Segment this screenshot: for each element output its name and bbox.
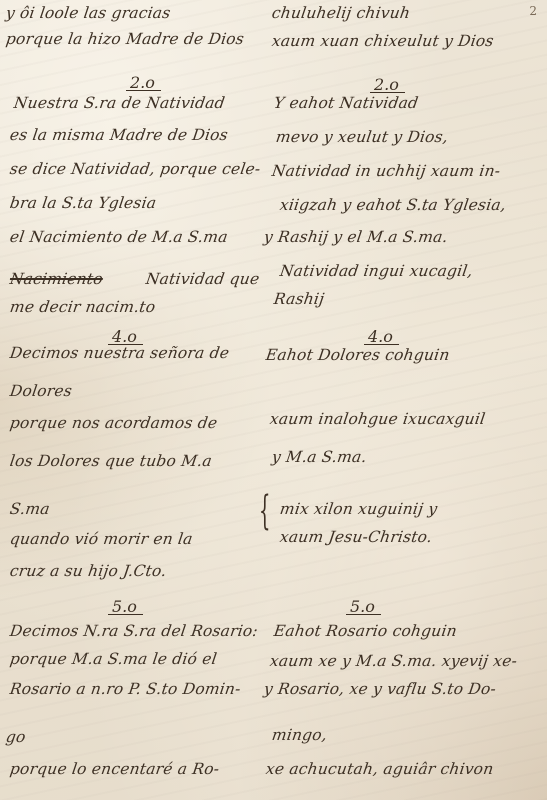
brace-mark: { [259, 488, 270, 534]
manuscript-line-indigenous: y M.a S.ma. [271, 448, 368, 466]
manuscript-line-spanish: porque la hizo Madre de Dios [5, 30, 246, 48]
manuscript-line-indigenous: Eahot Dolores cohguin [265, 346, 451, 364]
manuscript-line-spanish: bra la S.ta Yglesia [9, 194, 158, 212]
manuscript-line-spanish: el Nacimiento de M.a S.ma [9, 228, 229, 246]
manuscript-line-spanish: Dolores [9, 382, 74, 400]
section-number: 2.o [126, 76, 161, 91]
manuscript-line-indigenous: xaum inalohgue ixucaxguil [269, 410, 487, 428]
manuscript-line-indigenous: mevo y xeulut y Dios, [275, 128, 450, 146]
manuscript-line-indigenous: xe achucutah, aguiâr chivon [265, 760, 495, 778]
manuscript-line-indigenous: Natividad in uchhij xaum in- [271, 162, 502, 180]
manuscript-line-spanish: porque lo encentaré a Ro- [9, 760, 221, 778]
section-number: 5.o [108, 600, 143, 615]
manuscript-line-indigenous: Y eahot Natividad [273, 94, 420, 112]
manuscript-line-spanish: se dice Natividad, porque cele- [9, 160, 262, 178]
manuscript-line-spanish: y ôi loole las gracias [5, 4, 172, 22]
manuscript-line-indigenous: mix xilon xuguinij y [279, 500, 439, 518]
manuscript-line-spanish: Nuestra S.ra de Natividad [13, 94, 226, 112]
manuscript-line-indigenous: Rashij [273, 290, 326, 308]
manuscript-line-indigenous: xaum xe y M.a S.ma. xyevij xe- [269, 652, 519, 670]
manuscript-line-spanish: Natividad que [145, 270, 261, 288]
manuscript-line-indigenous: xaum Jesu-Christo. [279, 528, 434, 546]
manuscript-line-spanish: los Dolores que tubo M.a [9, 452, 213, 470]
manuscript-line-spanish: me decir nacim.to [9, 298, 157, 316]
section-number: 5.o [346, 600, 381, 615]
manuscript-line-spanish: porque nos acordamos de [9, 414, 219, 432]
manuscript-line-spanish: S.ma [9, 500, 51, 518]
section-number: 2.o [370, 78, 405, 93]
manuscript-line-spanish: porque M.a S.ma le dió el [9, 650, 218, 668]
manuscript-line-spanish: Decimos N.ra S.ra del Rosario: [9, 622, 259, 640]
manuscript-line-spanish: Nacimiento [9, 270, 104, 288]
section-number: 4.o [108, 330, 143, 345]
page-number: 2 [529, 4, 537, 18]
manuscript-line-indigenous: xaum xuan chixeulut y Dios [271, 32, 495, 50]
manuscript-line-indigenous: y Rosario, xe y vaflu S.to Do- [263, 680, 498, 698]
section-number: 4.o [364, 330, 399, 345]
manuscript-line-indigenous: chuluhelij chivuh [271, 4, 412, 22]
manuscript-line-indigenous: Eahot Rosario cohguin [273, 622, 458, 640]
manuscript-line-spanish: Rosario a n.ro P. S.to Domin- [9, 680, 242, 698]
manuscript-line-spanish: es la misma Madre de Dios [9, 126, 229, 144]
manuscript-line-indigenous: xiigzah y eahot S.ta Yglesia, [279, 196, 508, 214]
manuscript-line-indigenous: Natividad ingui xucagil, [279, 262, 474, 280]
manuscript-line-spanish: Decimos nuestra señora de [9, 344, 231, 362]
manuscript-line-spanish: go [5, 728, 27, 746]
manuscript-line-spanish: cruz a su hijo J.Cto. [9, 562, 168, 580]
manuscript-line-indigenous: mingo, [271, 726, 329, 744]
manuscript-line-spanish: quando vió morir en la [9, 530, 194, 548]
manuscript-line-indigenous: y Rashij y el M.a S.ma. [263, 228, 449, 246]
